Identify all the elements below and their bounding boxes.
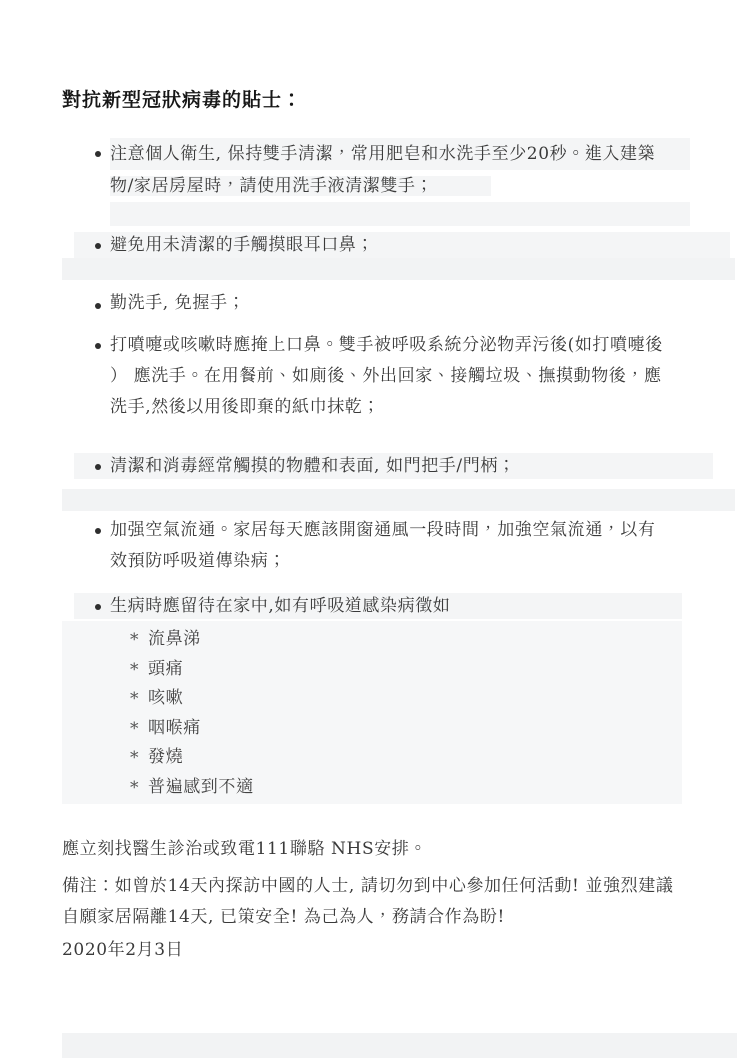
asterisk-marker: *	[130, 656, 148, 686]
note-line: 自願家居隔離14天, 已策安全! 為己為人，務請合作為盼!	[62, 902, 676, 933]
symptom-item: *普遍感到不適	[62, 773, 682, 803]
bullet-line: 物/家居房屋時，請使用洗手液清潔雙手；	[110, 170, 690, 202]
highlight-bar	[62, 489, 735, 511]
bullet-item: 生病時應留待在家中,如有呼吸道感染病徵如	[74, 593, 682, 619]
bullet-marker	[95, 528, 101, 534]
symptom-label: 頭痛	[148, 659, 183, 679]
bullet-marker	[95, 464, 101, 470]
bullet-line: 避免用未清潔的手觸摸眼耳口鼻；	[110, 232, 730, 258]
highlighted-text: 物/家居房屋時，請使用洗手液清潔雙手；	[110, 176, 491, 196]
bullet-line: 效預防呼吸道傳染病；	[110, 546, 676, 577]
bullet-line: 勤洗手, 免握手；	[110, 290, 676, 316]
highlight-spacer	[110, 202, 690, 226]
page-title: 對抗新型冠狀病毒的貼士：	[62, 88, 676, 112]
bullet-line: 打噴嚏或咳嗽時應掩上口鼻。雙手被呼吸系統分泌物弄污後(如打噴嚏後	[110, 330, 676, 361]
bullet-line: 加强空氣流通。家居每天應該開窗通風一段時間，加強空氣流通，以有	[110, 515, 676, 546]
bullet-item: 清潔和消毒經常觸摸的物體和表面, 如門把手/門柄；	[74, 453, 713, 479]
bullet-item: 注意個人衛生, 保持雙手清潔，常用肥皂和水洗手至少20秒。進入建築 物/家居房屋…	[62, 138, 676, 226]
bottom-highlight-bar	[62, 1033, 737, 1058]
bullet-marker	[95, 604, 101, 610]
asterisk-marker: *	[130, 744, 148, 774]
symptom-label: 流鼻涕	[148, 629, 201, 649]
bullet-marker	[95, 343, 101, 349]
bullet-item: 勤洗手, 免握手；	[62, 290, 676, 316]
symptom-item: *咽喉痛	[62, 714, 682, 744]
asterisk-marker: *	[130, 774, 148, 804]
bullet-line: ） 應洗手。在用餐前、如廁後、外出回家、接觸垃圾、撫摸動物後，應	[110, 361, 676, 392]
symptom-item: *流鼻涕	[62, 625, 682, 655]
bullet-line: 清潔和消毒經常觸摸的物體和表面, 如門把手/門柄；	[110, 453, 713, 479]
note-text: 備注：如曾於14天內探訪中國的人士, 請切勿到中心參加任何活動! 並強烈建議 自…	[62, 871, 676, 933]
asterisk-marker: *	[130, 685, 148, 715]
symptom-label: 發燒	[148, 747, 183, 767]
asterisk-marker: *	[130, 715, 148, 745]
bullet-item: 避免用未清潔的手觸摸眼耳口鼻；	[74, 232, 730, 258]
document-page: 對抗新型冠狀病毒的貼士： 注意個人衛生, 保持雙手清潔，常用肥皂和水洗手至少20…	[0, 0, 750, 1060]
symptom-item: *咳嗽	[62, 684, 682, 714]
symptom-label: 普遍感到不適	[148, 777, 254, 797]
bullet-marker	[95, 303, 101, 309]
advice-text: 應立刻找醫生診治或致電111聯駱 NHS安排。	[62, 836, 676, 863]
highlight-bar	[62, 258, 735, 280]
symptom-label: 咽喉痛	[148, 718, 201, 738]
date-text: 2020年2月3日	[62, 937, 676, 963]
symptoms-block: *流鼻涕 *頭痛 *咳嗽 *咽喉痛 *發燒 *普遍感到不適	[62, 621, 682, 804]
bullet-line: 洗手,然後以用後即棄的紙巾抹乾；	[110, 392, 676, 423]
asterisk-marker: *	[130, 626, 148, 656]
document-content: 對抗新型冠狀病毒的貼士： 注意個人衛生, 保持雙手清潔，常用肥皂和水洗手至少20…	[0, 0, 676, 963]
bullet-item: 加强空氣流通。家居每天應該開窗通風一段時間，加強空氣流通，以有 效預防呼吸道傳染…	[62, 515, 676, 577]
bullet-item: 打噴嚏或咳嗽時應掩上口鼻。雙手被呼吸系統分泌物弄污後(如打噴嚏後 ） 應洗手。在…	[62, 330, 676, 423]
bullet-line: 生病時應留待在家中,如有呼吸道感染病徵如	[110, 593, 682, 619]
bullet-marker	[95, 151, 101, 157]
symptom-item: *頭痛	[62, 655, 682, 685]
bullet-marker	[95, 243, 101, 249]
note-line: 備注：如曾於14天內探訪中國的人士, 請切勿到中心參加任何活動! 並強烈建議	[62, 871, 676, 902]
symptom-item: *發燒	[62, 743, 682, 773]
bullet-line: 注意個人衛生, 保持雙手清潔，常用肥皂和水洗手至少20秒。進入建築	[110, 138, 690, 170]
symptom-label: 咳嗽	[148, 688, 183, 708]
